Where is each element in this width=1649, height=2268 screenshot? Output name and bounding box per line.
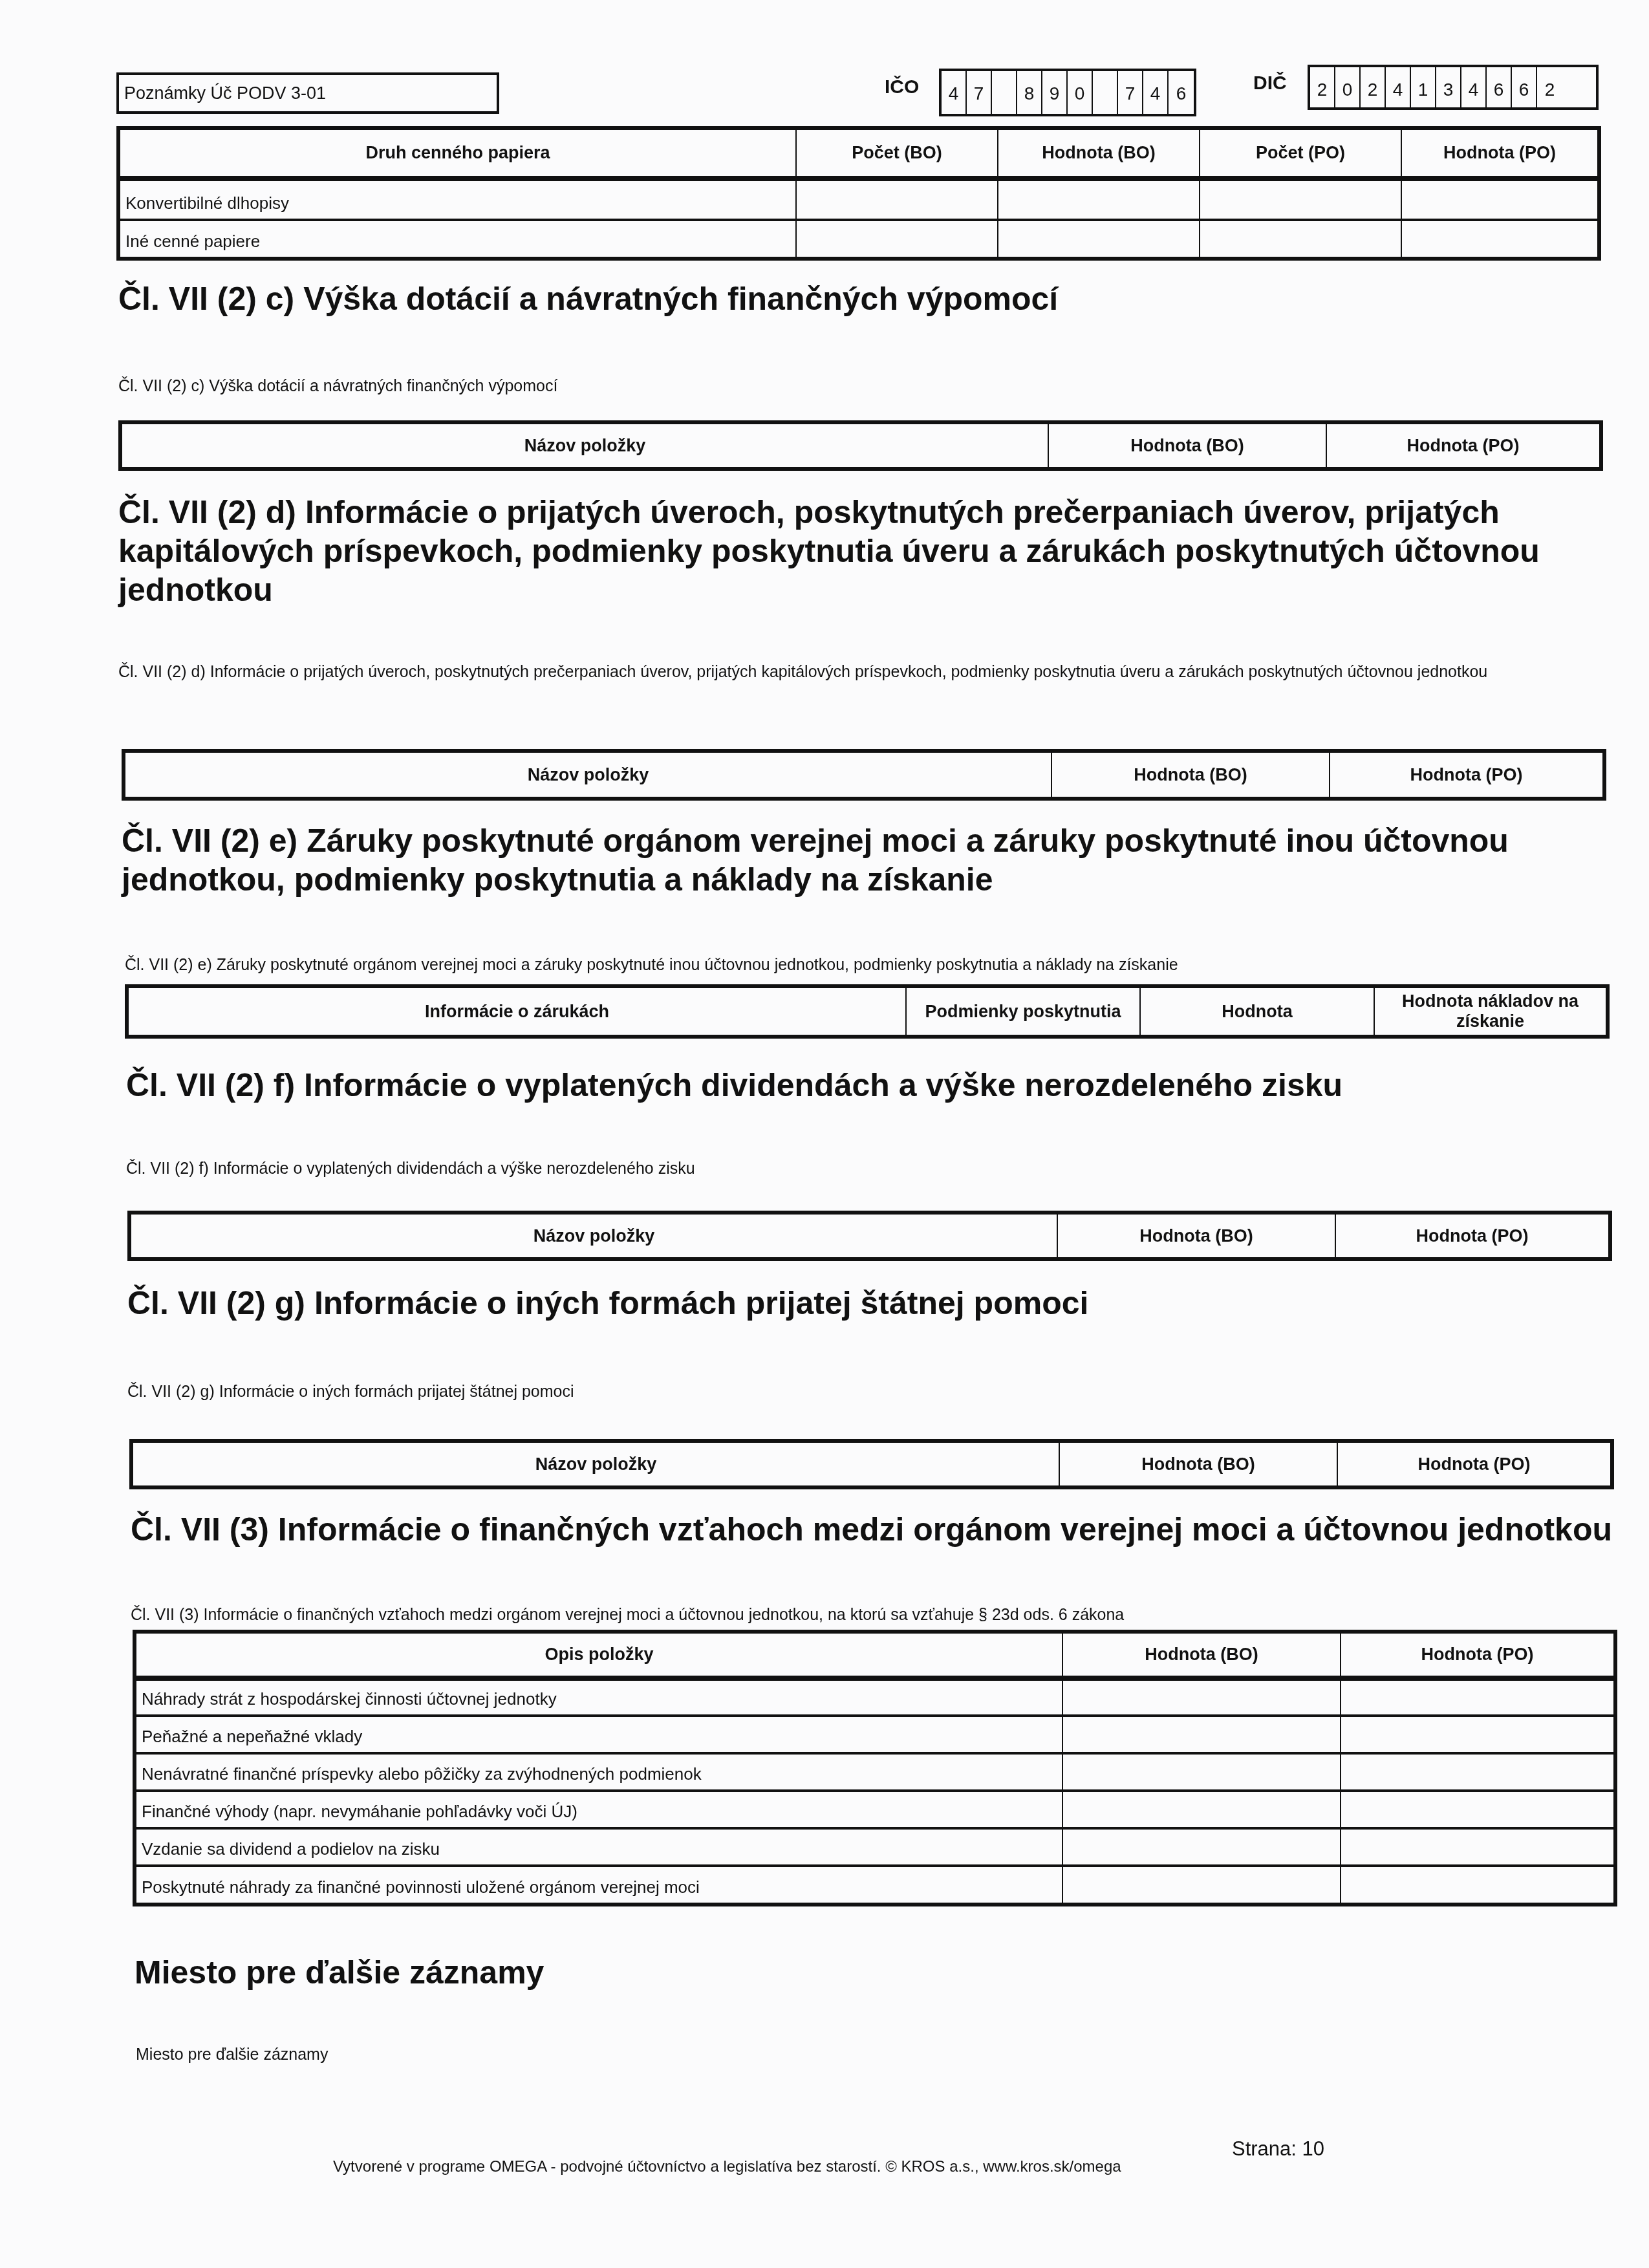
row-label: Finančné výhody (napr. nevymáhanie pohľa… <box>135 1791 1062 1828</box>
form-code-box: Poznámky Úč PODV 3-01 <box>116 72 499 114</box>
digit-cell[interactable]: 6 <box>1512 67 1537 107</box>
section-title-2g: Čl. VII (2) g) Informácie o iných formác… <box>127 1284 1602 1323</box>
value-cell[interactable] <box>1062 1753 1341 1791</box>
col-header: Hodnota (BO) <box>1062 1632 1341 1678</box>
ico-field[interactable]: 47890746 <box>939 69 1196 116</box>
row-label: Iné cenné papiere <box>118 220 796 259</box>
notes-title: Miesto pre ďalšie záznamy <box>135 1953 544 1992</box>
table-row: Náhrady strát z hospodárskej činnosti úč… <box>135 1678 1615 1716</box>
digit-cell[interactable] <box>1093 71 1118 114</box>
value-cell[interactable] <box>1062 1716 1341 1753</box>
section-subtitle-2e: Čl. VII (2) e) Záruky poskytnuté orgánom… <box>125 954 1178 976</box>
col-header: Názov položky <box>124 751 1051 799</box>
col-header: Informácie o zárukách <box>127 986 906 1037</box>
notes-subtitle: Miesto pre ďalšie záznamy <box>136 2044 328 2066</box>
table-row: Nenávratné finančné príspevky alebo pôži… <box>135 1753 1615 1791</box>
section-title-2f: Čl. VII (2) f) Informácie o vyplatených … <box>126 1066 1600 1105</box>
digit-cell[interactable]: 4 <box>942 71 967 114</box>
value-cell[interactable] <box>1062 1866 1341 1905</box>
table-row: Poskytnuté náhrady za finančné povinnost… <box>135 1866 1615 1905</box>
digit-cell[interactable]: 6 <box>1487 67 1512 107</box>
digit-cell[interactable]: 9 <box>1042 71 1068 114</box>
col-header: Hodnota nákladov na získanie <box>1374 986 1608 1037</box>
section-title-2c: Čl. VII (2) c) Výška dotácií a návratnýc… <box>118 279 1606 318</box>
form-code: Poznámky Úč PODV 3-01 <box>124 83 326 103</box>
footer-credit: Vytvorené v programe OMEGA - podvojné úč… <box>333 2158 1121 2176</box>
table-row: Konvertibilné dlhopisy <box>118 178 1599 220</box>
row-label: Nenávratné finančné príspevky alebo pôži… <box>135 1753 1062 1791</box>
col-header: Hodnota (PO) <box>1337 1441 1612 1487</box>
section-title-3: Čl. VII (3) Informácie o finančných vzťa… <box>131 1510 1631 1549</box>
value-cell[interactable] <box>1341 1716 1615 1753</box>
col-header: Počet (BO) <box>796 128 998 178</box>
digit-cell[interactable]: 8 <box>1017 71 1042 114</box>
ico-label: IČO <box>885 76 919 98</box>
value-cell[interactable] <box>1341 1678 1615 1716</box>
dic-field[interactable]: 2024134662 <box>1308 65 1599 110</box>
value-cell[interactable] <box>1341 1791 1615 1828</box>
col-header: Podmienky poskytnutia <box>906 986 1140 1037</box>
col-header: Názov položky <box>129 1213 1057 1259</box>
col-header: Hodnota (BO) <box>1059 1441 1337 1487</box>
table-row: Iné cenné papiere <box>118 220 1599 259</box>
col-header: Hodnota (BO) <box>1051 751 1330 799</box>
table-3: Opis položky Hodnota (BO) Hodnota (PO) N… <box>133 1630 1617 1906</box>
table-row: Finančné výhody (napr. nevymáhanie pohľa… <box>135 1791 1615 1828</box>
digit-cell[interactable]: 4 <box>1386 67 1411 107</box>
section-title-2d: Čl. VII (2) d) Informácie o prijatých úv… <box>118 493 1599 609</box>
row-label: Náhrady strát z hospodárskej činnosti úč… <box>135 1678 1062 1716</box>
col-header: Hodnota (PO) <box>1401 128 1599 178</box>
value-cell[interactable] <box>796 178 998 220</box>
section-subtitle-2f: Čl. VII (2) f) Informácie o vyplatených … <box>126 1158 695 1180</box>
value-cell[interactable] <box>796 220 998 259</box>
row-label: Peňažné a nepeňažné vklady <box>135 1716 1062 1753</box>
row-label: Vzdanie sa dividend a podielov na zisku <box>135 1828 1062 1866</box>
page-number: Strana: 10 <box>1232 2137 1324 2161</box>
col-header: Počet (PO) <box>1200 128 1401 178</box>
value-cell[interactable] <box>1401 178 1599 220</box>
table-row: Peňažné a nepeňažné vklady <box>135 1716 1615 1753</box>
digit-cell[interactable]: 0 <box>1068 71 1093 114</box>
value-cell[interactable] <box>1062 1791 1341 1828</box>
col-header: Hodnota (PO) <box>1330 751 1604 799</box>
digit-cell[interactable]: 2 <box>1310 67 1335 107</box>
col-header: Druh cenného papiera <box>118 128 796 178</box>
digit-cell[interactable]: 4 <box>1143 71 1169 114</box>
col-header: Hodnota (PO) <box>1335 1213 1610 1259</box>
section-subtitle-3: Čl. VII (3) Informácie o finančných vzťa… <box>131 1604 1124 1626</box>
digit-cell[interactable]: 3 <box>1436 67 1461 107</box>
col-header: Opis položky <box>135 1632 1062 1678</box>
value-cell[interactable] <box>1200 220 1401 259</box>
table-2f: Názov položky Hodnota (BO) Hodnota (PO) <box>127 1211 1612 1261</box>
digit-cell[interactable]: 4 <box>1461 67 1487 107</box>
table-2d: Názov položky Hodnota (BO) Hodnota (PO) <box>122 749 1606 801</box>
digit-cell[interactable]: 6 <box>1169 71 1194 114</box>
table-row: Vzdanie sa dividend a podielov na zisku <box>135 1828 1615 1866</box>
col-header: Hodnota (BO) <box>1048 422 1326 469</box>
value-cell[interactable] <box>998 178 1200 220</box>
col-header: Hodnota (BO) <box>998 128 1200 178</box>
table-2e: Informácie o zárukách Podmienky poskytnu… <box>125 984 1610 1039</box>
digit-cell[interactable]: 0 <box>1335 67 1361 107</box>
col-header: Hodnota <box>1140 986 1374 1037</box>
digit-cell[interactable]: 2 <box>1537 67 1562 107</box>
value-cell[interactable] <box>998 220 1200 259</box>
row-label: Konvertibilné dlhopisy <box>118 178 796 220</box>
section-subtitle-2g: Čl. VII (2) g) Informácie o iných formác… <box>127 1381 574 1403</box>
value-cell[interactable] <box>1401 220 1599 259</box>
col-header: Názov položky <box>131 1441 1059 1487</box>
table-2c: Názov položky Hodnota (BO) Hodnota (PO) <box>118 420 1603 471</box>
col-header: Hodnota (PO) <box>1326 422 1601 469</box>
value-cell[interactable] <box>1200 178 1401 220</box>
col-header: Hodnota (BO) <box>1057 1213 1335 1259</box>
value-cell[interactable] <box>1062 1828 1341 1866</box>
digit-cell[interactable]: 2 <box>1361 67 1386 107</box>
digit-cell[interactable]: 7 <box>967 71 992 114</box>
securities-table: Druh cenného papiera Počet (BO) Hodnota … <box>116 126 1601 261</box>
digit-cell[interactable]: 1 <box>1411 67 1436 107</box>
row-label: Poskytnuté náhrady za finančné povinnost… <box>135 1866 1062 1905</box>
table-2g: Názov položky Hodnota (BO) Hodnota (PO) <box>129 1439 1614 1489</box>
value-cell[interactable] <box>1341 1828 1615 1866</box>
dic-label: DIČ <box>1253 72 1287 94</box>
value-cell[interactable] <box>1062 1678 1341 1716</box>
value-cell[interactable] <box>1341 1753 1615 1791</box>
section-title-2e: Čl. VII (2) e) Záruky poskytnuté orgánom… <box>122 821 1577 899</box>
securities-header-row: Druh cenného papiera Počet (BO) Hodnota … <box>118 128 1599 178</box>
col-header: Hodnota (PO) <box>1341 1632 1615 1678</box>
value-cell[interactable] <box>1341 1866 1615 1905</box>
section-subtitle-2d: Čl. VII (2) d) Informácie o prijatých úv… <box>118 661 1541 683</box>
col-header: Názov položky <box>120 422 1048 469</box>
section-subtitle-2c: Čl. VII (2) c) Výška dotácií a návratnýc… <box>118 375 557 397</box>
digit-cell[interactable] <box>992 71 1017 114</box>
digit-cell[interactable]: 7 <box>1118 71 1143 114</box>
